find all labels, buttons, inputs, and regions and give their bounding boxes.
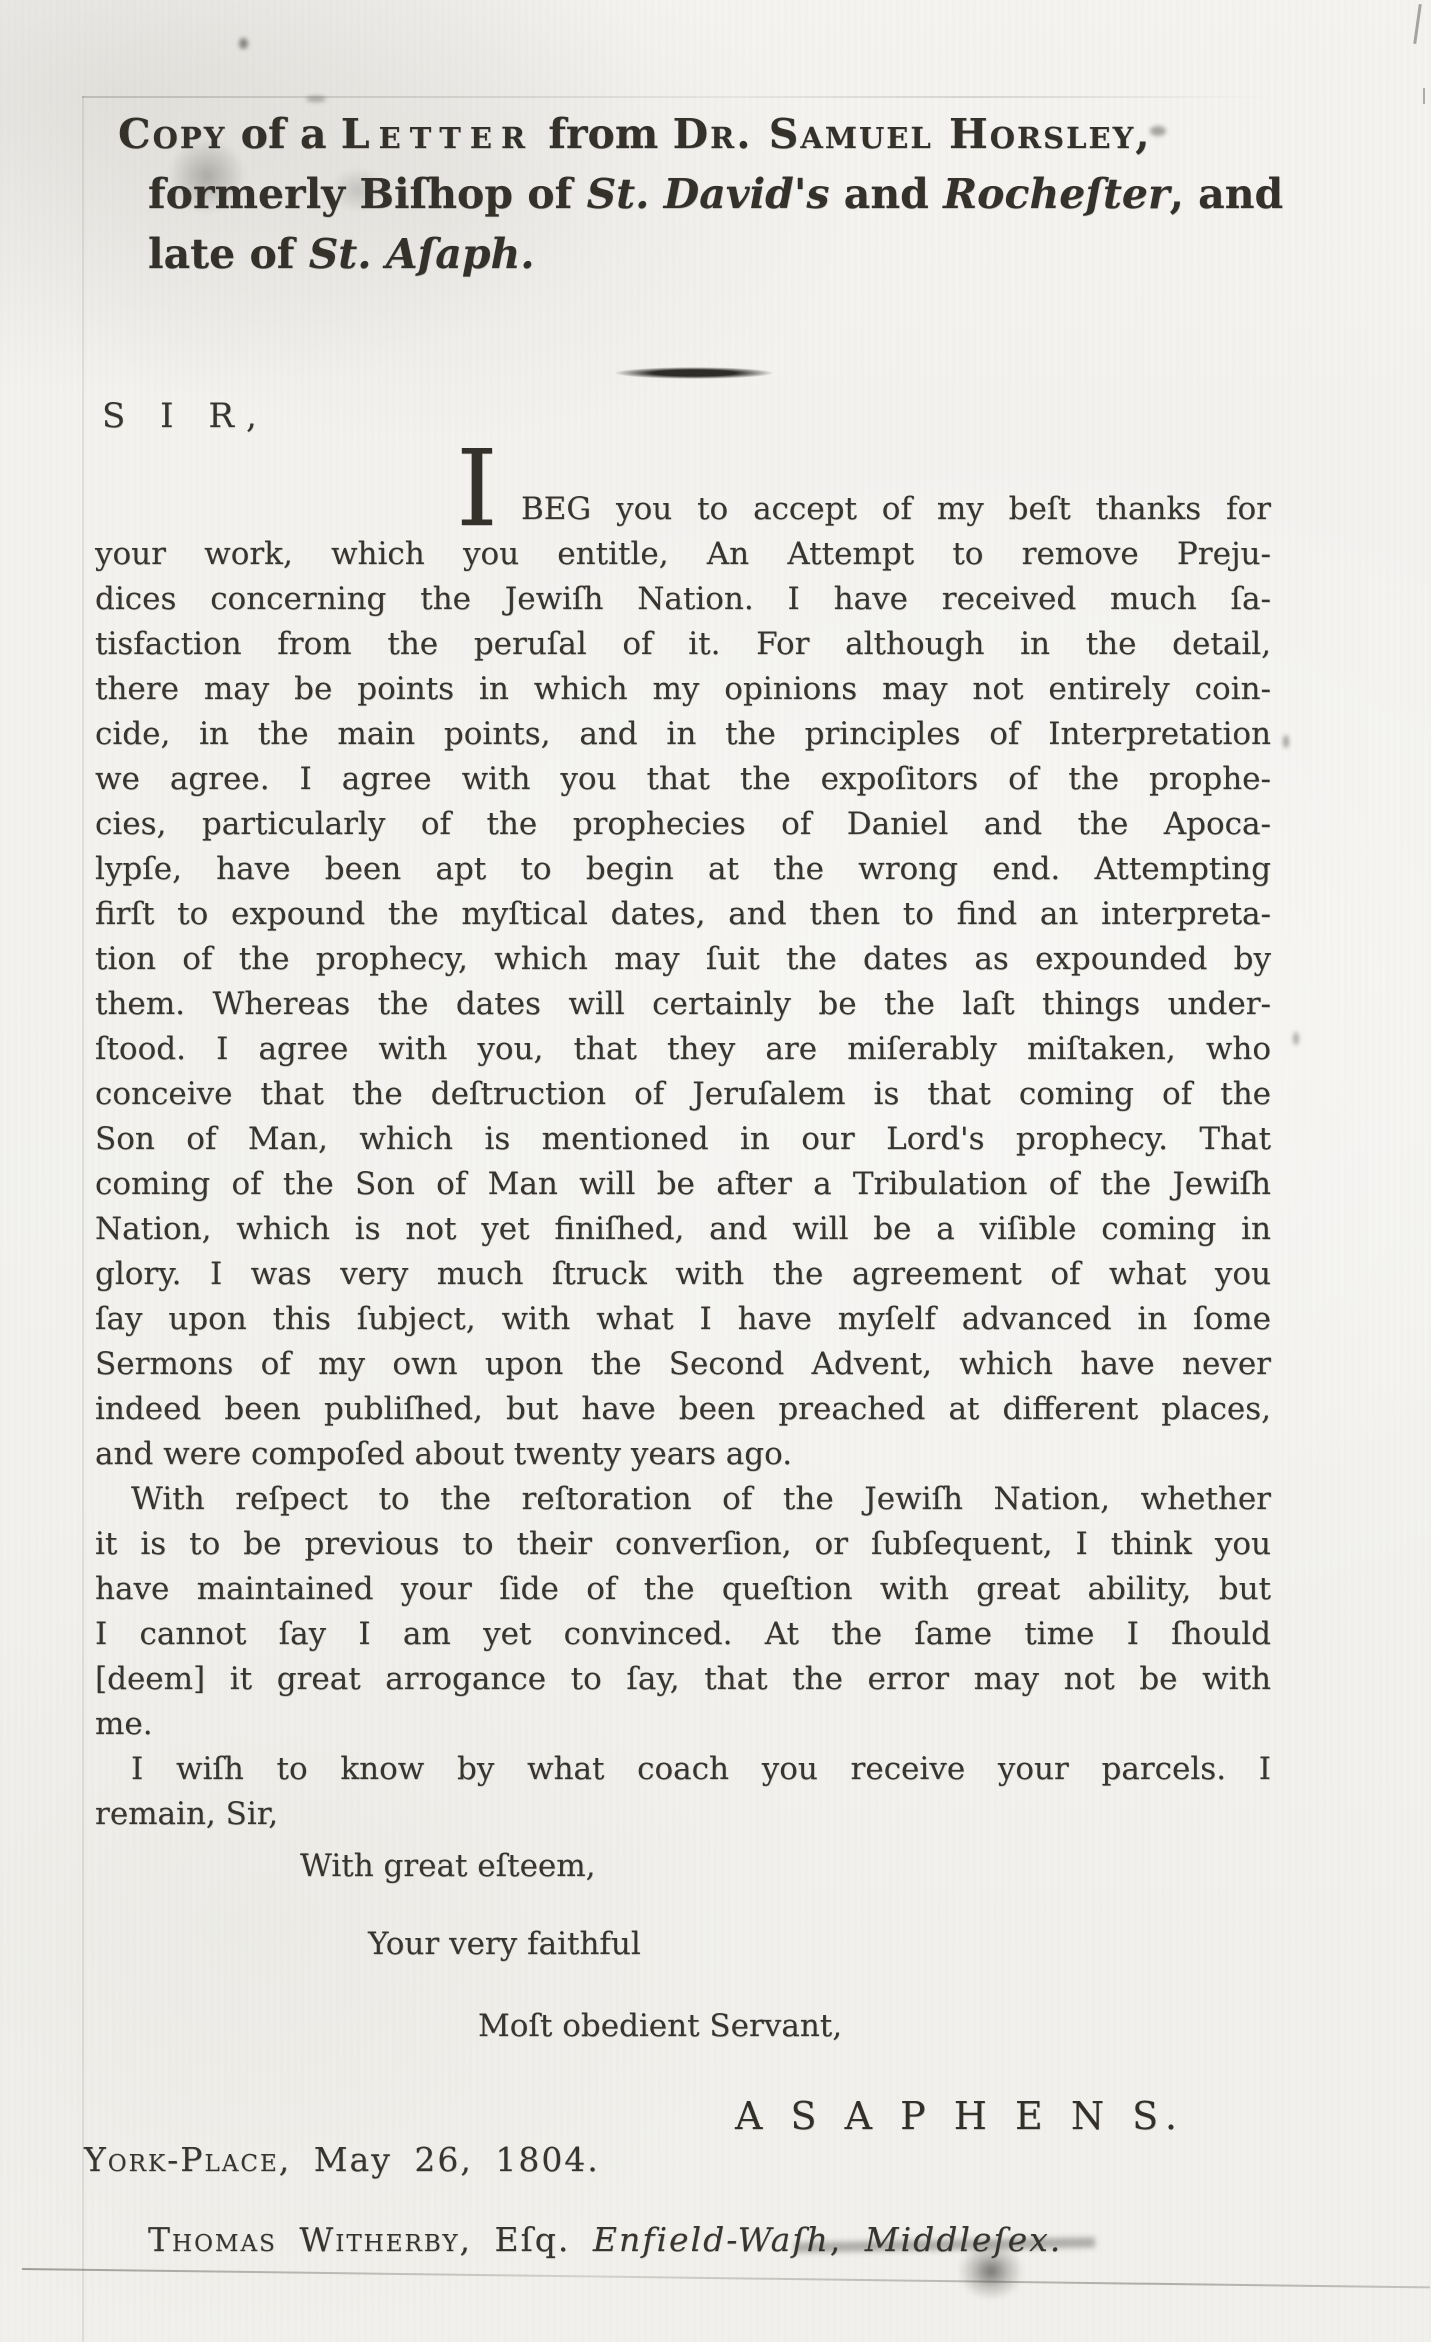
body-line: we agree. I agree with you that the expo… — [95, 757, 1271, 802]
body-line: [deem] it great arrogance to ſay, that t… — [95, 1657, 1271, 1702]
scan-speck — [1413, 4, 1422, 44]
text-segment: Rocheſter — [943, 170, 1170, 218]
letter-title: Copy of a Letter from Dr. Samuel Horsley… — [118, 104, 1278, 284]
salutation: S I R, — [102, 396, 269, 436]
closing-servant-line: Moſt obedient Servant, — [478, 2008, 842, 2044]
text-segment: of a — [226, 110, 340, 158]
body-line: and were compoſed about twenty years ago… — [95, 1432, 1271, 1477]
signature-name: A S A P H E N S. — [735, 2094, 1185, 2138]
body-line: remain, Sir, — [95, 1792, 1271, 1837]
text-segment: Dr. Samuel Horsley, — [673, 110, 1152, 158]
scan-speck — [306, 96, 326, 102]
body-line: Son of Man, which is mentioned in our Lo… — [95, 1117, 1271, 1162]
text-segment: Enfield-Waſh — [593, 2220, 830, 2259]
body-line: have maintained your ſide of the queſtio… — [95, 1567, 1271, 1612]
body-line: tisfaction from the peruſal of it. For a… — [95, 622, 1271, 667]
paper-edge-bottom-line — [22, 2268, 1430, 2288]
title-line-2: formerly Biſhop of St. David's and Roche… — [118, 164, 1278, 224]
body-line: Sermons of my own upon the Second Advent… — [95, 1342, 1271, 1387]
swelled-rule-divider — [614, 367, 774, 379]
text-segment: St. David's — [587, 170, 830, 218]
body-line: BEG you to accept of my beſt thanks for — [95, 487, 1271, 532]
body-line: me. — [95, 1702, 1271, 1747]
paper-edge-top-line — [82, 96, 1272, 98]
text-segment: , — [830, 2220, 865, 2259]
text-segment: May 26, 1804. — [291, 2140, 600, 2179]
body-line: there may be points in which my opinions… — [95, 667, 1271, 712]
body-line: glory. I was very much ſtruck with the a… — [95, 1252, 1271, 1297]
text-segment: late of — [148, 230, 309, 278]
body-line: indeed been publiſhed, but have been pre… — [95, 1387, 1271, 1432]
body-line: it is to be previous to their converſion… — [95, 1522, 1271, 1567]
body-line: cies, particularly of the prophecies of … — [95, 802, 1271, 847]
body-line: your work, which you entitle, An Attempt… — [95, 532, 1271, 577]
paper-edge-left-line — [82, 96, 84, 2342]
text-segment: York-Place, — [84, 2140, 291, 2179]
scan-speck — [1423, 88, 1425, 104]
body-line: conceive that the deſtruction of Jeruſal… — [95, 1072, 1271, 1117]
body-line: I cannot ſay I am yet convinced. At the … — [95, 1612, 1271, 1657]
text-segment: Copy — [118, 110, 226, 158]
title-line-1: Copy of a Letter from Dr. Samuel Horsley… — [118, 104, 1278, 164]
body-line: firſt to expound the myſtical dates, and… — [95, 892, 1271, 937]
title-line-3: late of St. Aſaph. — [118, 224, 1278, 284]
letter-body: BEG you to accept of my beſt thanks fory… — [95, 487, 1271, 1837]
scan-speck — [1293, 1032, 1299, 1045]
text-segment: Eſq. — [472, 2220, 593, 2259]
text-segment: St. Aſaph. — [309, 230, 535, 278]
text-segment: formerly Biſhop of — [148, 170, 587, 218]
dateline: York-Place, May 26, 1804. — [84, 2140, 600, 2179]
body-line: With reſpect to the reſtoration of the J… — [95, 1477, 1271, 1522]
scan-speck — [1283, 735, 1289, 748]
body-line: tion of the prophecy, which may ſuit the… — [95, 937, 1271, 982]
body-line: cide, in the main points, and in the pri… — [95, 712, 1271, 757]
text-segment: and — [829, 170, 943, 218]
body-line: I wiſh to know by what coach you receive… — [95, 1747, 1271, 1792]
body-line: them. Whereas the dates will certainly b… — [95, 982, 1271, 1027]
text-segment: , and — [1170, 170, 1284, 218]
body-line: dices concerning the Jewiſh Nation. I ha… — [95, 577, 1271, 622]
body-line: ſay upon this ſubject, with what I have … — [95, 1297, 1271, 1342]
scan-speck — [239, 38, 248, 49]
text-segment: from — [534, 110, 673, 158]
body-line: lypſe, have been apt to begin at the wro… — [95, 847, 1271, 892]
text-segment: Letter — [341, 110, 534, 158]
body-line: ſtood. I agree with you, that they are m… — [95, 1027, 1271, 1072]
body-line: coming of the Son of Man will be after a… — [95, 1162, 1271, 1207]
closing-esteem-line: With great eſteem, — [300, 1848, 596, 1884]
body-line: Nation, which is not yet finiſhed, and w… — [95, 1207, 1271, 1252]
scanned-letter-page: Copy of a Letter from Dr. Samuel Horsley… — [0, 0, 1431, 2342]
text-segment: Thomas Witherby, — [148, 2220, 472, 2259]
ink-smear — [958, 2242, 1024, 2300]
closing-faithful-line: Your very faithful — [368, 1926, 641, 1962]
